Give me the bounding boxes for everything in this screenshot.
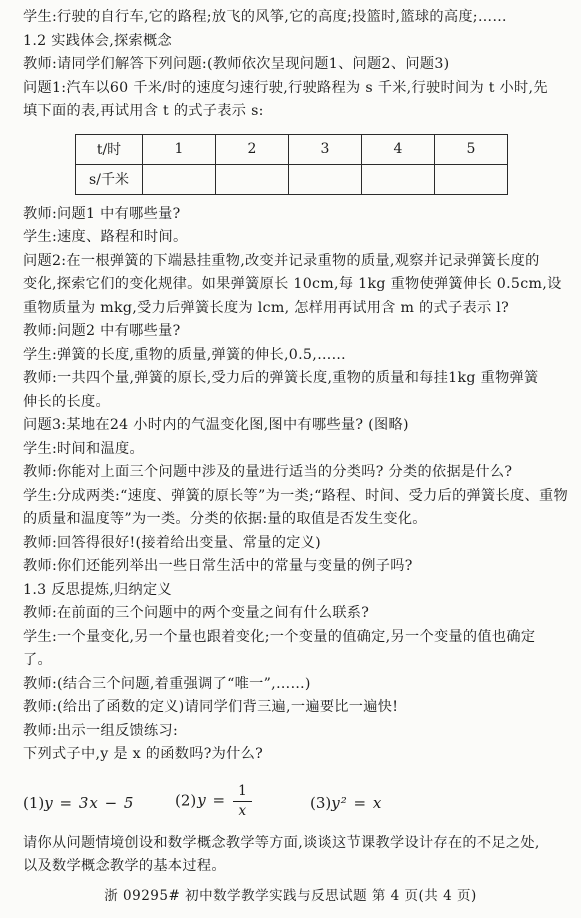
table-cell: 2 (216, 134, 289, 164)
table-cell (143, 164, 216, 194)
section-heading-1-3: 1.3 反思提炼,归纳定义 (23, 579, 563, 603)
formula-expression: y² = x (331, 794, 382, 812)
page-footer: 浙 09295# 初中数学教学实践与反思试题 第 4 页(共 4 页) (0, 884, 581, 904)
text-line: 教师:问题2 中有哪些量? (23, 320, 563, 344)
text-line: 教师:在前面的三个问题中的两个变量之间有什么联系? (23, 602, 563, 626)
table-cell (435, 164, 508, 194)
formula-row: (1)y = 3x − 5 (2)y =1x (3)y² = x (23, 781, 563, 829)
text-line: 教师:请同学们解答下列问题:(教师依次呈现问题1、问题2、问题3) (23, 53, 563, 77)
formula-3: (3)y² = x (310, 794, 382, 812)
table-cell: 4 (362, 134, 435, 164)
table-cell: t/时 (76, 134, 143, 164)
text-line: 请你从问题情境创设和数学概念教学等方面,谈谈这节课教学设计存在的不足之处, (23, 832, 563, 856)
data-table: t/时 1 2 3 4 5 s/千米 (75, 134, 508, 195)
text-line: 重物质量为 mkg,受力后弹簧长度为 lcm, 怎样用再试用含 m 的式子表示 … (23, 297, 563, 321)
table-cell: 5 (435, 134, 508, 164)
text-line: 问题2:在一根弹簧的下端悬挂重物,改变并记录重物的质量,观察并记录弹簧长度的 (23, 250, 563, 274)
table-cell: 3 (289, 134, 362, 164)
fraction: 1x (233, 783, 252, 820)
table-cell (289, 164, 362, 194)
formula-expression: y = (197, 791, 226, 809)
document-body: 学生:行驶的自行车,它的路程;放飞的风筝,它的高度;投篮时,篮球的高度;…… 1… (23, 6, 563, 879)
section-heading-1-2: 1.2 实践体会,探索概念 (23, 30, 563, 54)
text-line: 教师:出示一组反馈练习: (23, 720, 563, 744)
text-line: 学生:时间和温度。 (23, 438, 563, 462)
document-page: 学生:行驶的自行车,它的路程;放飞的风筝,它的高度;投篮时,篮球的高度;…… 1… (0, 0, 581, 918)
text-line: 填下面的表,再试用含 t 的式子表示 s: (23, 100, 563, 124)
text-line: 教师:问题1 中有哪些量? (23, 203, 563, 227)
text-line: 了。 (23, 649, 563, 673)
table-cell (216, 164, 289, 194)
table-cell: s/千米 (76, 164, 143, 194)
text-line: 教师:一共四个量,弹簧的原长,受力后的弹簧长度,重物的质量和每挂1kg 重物弹簧 (23, 367, 563, 391)
table-wrapper: t/时 1 2 3 4 5 s/千米 (75, 134, 563, 195)
text-line: 教师:回答得很好!(接着给出变量、常量的定义) (23, 532, 563, 556)
text-line: 学生:行驶的自行车,它的路程;放飞的风筝,它的高度;投篮时,篮球的高度;…… (23, 6, 563, 30)
text-line: 教师:(结合三个问题,着重强调了“唯一”,……) (23, 673, 563, 697)
text-line: 学生:弹簧的长度,重物的质量,弹簧的伸长,0.5,…… (23, 344, 563, 368)
text-line: 教师:(给出了函数的定义)请同学们背三遍,一遍要比一遍快! (23, 696, 563, 720)
text-line: 学生:一个量变化,另一个量也跟着变化;一个变量的值确定,另一个变量的值也确定 (23, 626, 563, 650)
text-line: 以及数学概念教学的基本过程。 (23, 855, 563, 879)
text-line: 学生:速度、路程和时间。 (23, 226, 563, 250)
table-cell: 1 (143, 134, 216, 164)
fraction-numerator: 1 (233, 783, 252, 802)
text-line: 教师:你们还能列举出一些日常生活中的常量与变量的例子吗? (23, 555, 563, 579)
text-line: 变化,探索它们的变化规律。如果弹簧原长 10cm,每 1kg 重物使弹簧伸长 0… (23, 273, 563, 297)
formula-label: (1) (23, 794, 44, 812)
formula-label: (3) (310, 794, 331, 812)
formula-2: (2)y =1x (175, 783, 252, 820)
text-line: 问题1:汽车以60 千米/时的速度匀速行驶,行驶路程为 s 千米,行驶时间为 t… (23, 77, 563, 101)
table-row: t/时 1 2 3 4 5 (76, 134, 508, 164)
text-line: 的质量和温度等”为一类。分类的依据:量的取值是否发生变化。 (23, 508, 563, 532)
table-cell (362, 164, 435, 194)
formula-label: (2) (175, 791, 196, 809)
text-line: 问题3:某地在24 小时内的气温变化图,图中有哪些量? (图略) (23, 414, 563, 438)
text-line: 下列式子中,y 是 x 的函数吗?为什么? (23, 743, 563, 767)
text-line: 学生:分成两类:“速度、弹簧的原长等”为一类;“路程、时间、受力后的弹簧长度、重… (23, 485, 563, 509)
text-line: 伸长的长度。 (23, 391, 563, 415)
table-row: s/千米 (76, 164, 508, 194)
formula-1: (1)y = 3x − 5 (23, 794, 134, 812)
fraction-denominator: x (239, 802, 247, 820)
formula-expression: y = 3x − 5 (44, 794, 134, 812)
text-line: 教师:你能对上面三个问题中涉及的量进行适当的分类吗? 分类的依据是什么? (23, 461, 563, 485)
